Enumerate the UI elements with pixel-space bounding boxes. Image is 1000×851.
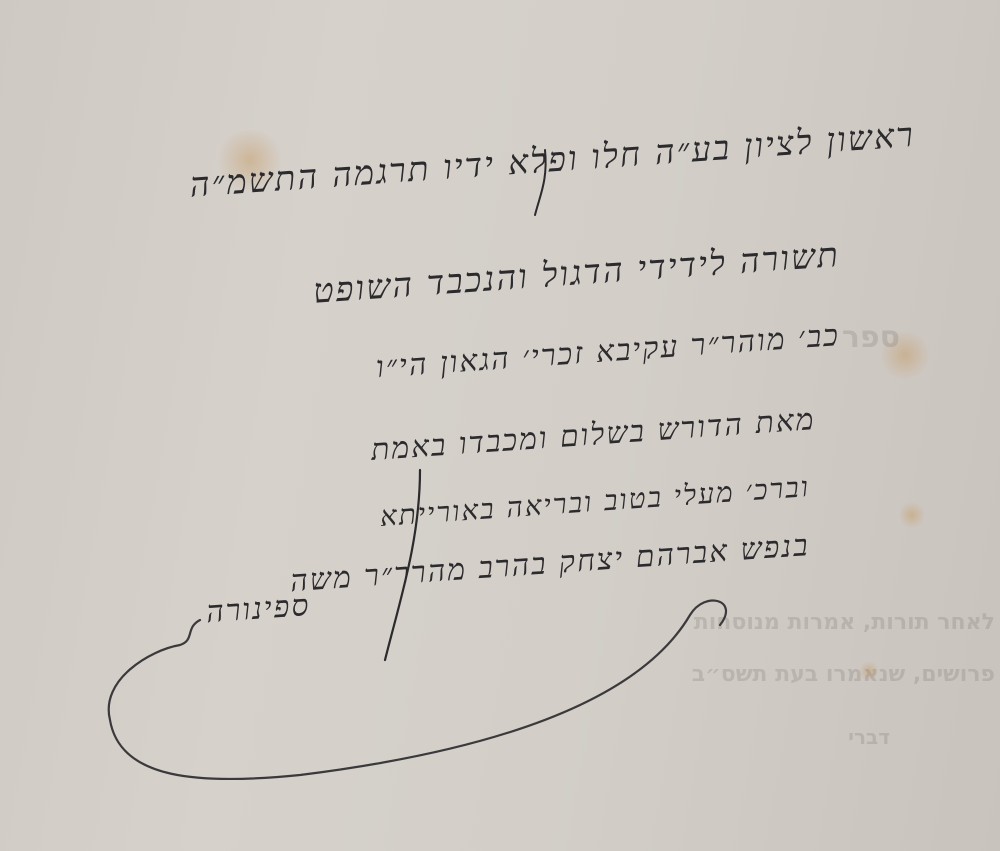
- signature-flourish: [0, 0, 1000, 851]
- paper-page: ספר לאחר תורות, אמרות מנוסחות פרושים, שנ…: [0, 0, 1000, 851]
